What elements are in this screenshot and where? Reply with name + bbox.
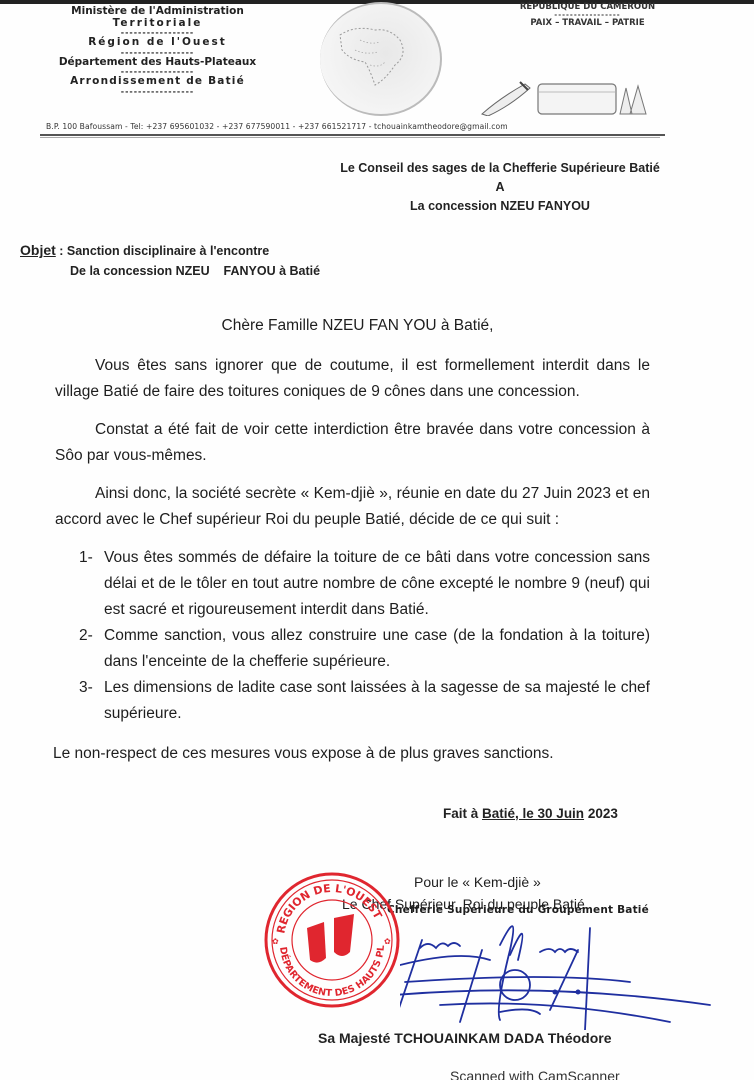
- subject-line2: De la concession NZEU FANYOU à Batié: [70, 264, 320, 278]
- on-behalf-of: Pour le « Kem-djiè »: [414, 874, 541, 890]
- place-date: Fait à Batié, le 30 Juin 2023: [443, 806, 618, 821]
- addressing-block: Le Conseil des sages de la Chefferie Sup…: [320, 157, 680, 217]
- region: Région de l'Ouest: [40, 37, 275, 49]
- letterhead-left: Ministère de l'Administration Territoria…: [40, 6, 275, 96]
- signatory-name: Sa Majesté TCHOUAINKAM DADA Théodore: [318, 1030, 612, 1046]
- decision-item: 1-Vous êtes sommés de défaire la toiture…: [55, 545, 650, 623]
- paragraph: Ainsi donc, la société secrète « Kem-dji…: [55, 481, 650, 533]
- ministry-line1: Ministère de l'Administration: [40, 6, 275, 18]
- paragraph: Vous êtes sans ignorer que de coutume, i…: [55, 353, 650, 405]
- subject-label: Objet: [20, 242, 56, 258]
- letterhead-right: RÉPUBLIQUE DU CAMEROUN -----------------…: [510, 2, 665, 28]
- warning: Le non-respect de ces mesures vous expos…: [53, 741, 650, 767]
- traditional-objects-icon: [480, 78, 650, 116]
- sender: Le Conseil des sages de la Chefferie Sup…: [320, 157, 680, 179]
- recipient: La concession NZEU FANYOU: [320, 195, 680, 217]
- official-stamp-icon: REGION DE L'OUEST DÉPARTEMENT DES HAUTS …: [262, 870, 402, 1010]
- motto: PAIX – TRAVAIL – PATRIE: [510, 18, 665, 28]
- decision-list: 1-Vous êtes sommés de défaire la toiture…: [55, 545, 650, 727]
- subject-block: Objet : Sanction disciplinaire à l'encon…: [20, 242, 320, 278]
- to-marker: A: [320, 179, 680, 195]
- separator: -----------------: [40, 88, 275, 96]
- decision-item: 2-Comme sanction, vous allez construire …: [55, 623, 650, 675]
- salutation: Chère Famille NZEU FAN YOU à Batié,: [55, 313, 650, 339]
- signature: [400, 910, 720, 1030]
- header-divider-thin: [40, 137, 660, 138]
- header-divider: [40, 134, 665, 136]
- scanner-watermark: Scanned with CamScanner: [450, 1068, 620, 1080]
- paragraph: Constat a été fait de voir cette interdi…: [55, 417, 650, 469]
- letter-body: Chère Famille NZEU FAN YOU à Batié, Vous…: [55, 313, 650, 767]
- svg-text:✿: ✿: [272, 937, 279, 946]
- subject-line1: : Sanction disciplinaire à l'encontre: [56, 244, 269, 258]
- map-icon: [330, 20, 420, 90]
- decision-item: 3-Les dimensions de ladite case sont lai…: [55, 675, 650, 727]
- arrondissement: Arrondissement de Batié: [40, 76, 275, 88]
- svg-text:✿: ✿: [384, 937, 391, 946]
- contact-line: B.P. 100 Bafoussam - Tel: +237 695601032…: [46, 122, 666, 131]
